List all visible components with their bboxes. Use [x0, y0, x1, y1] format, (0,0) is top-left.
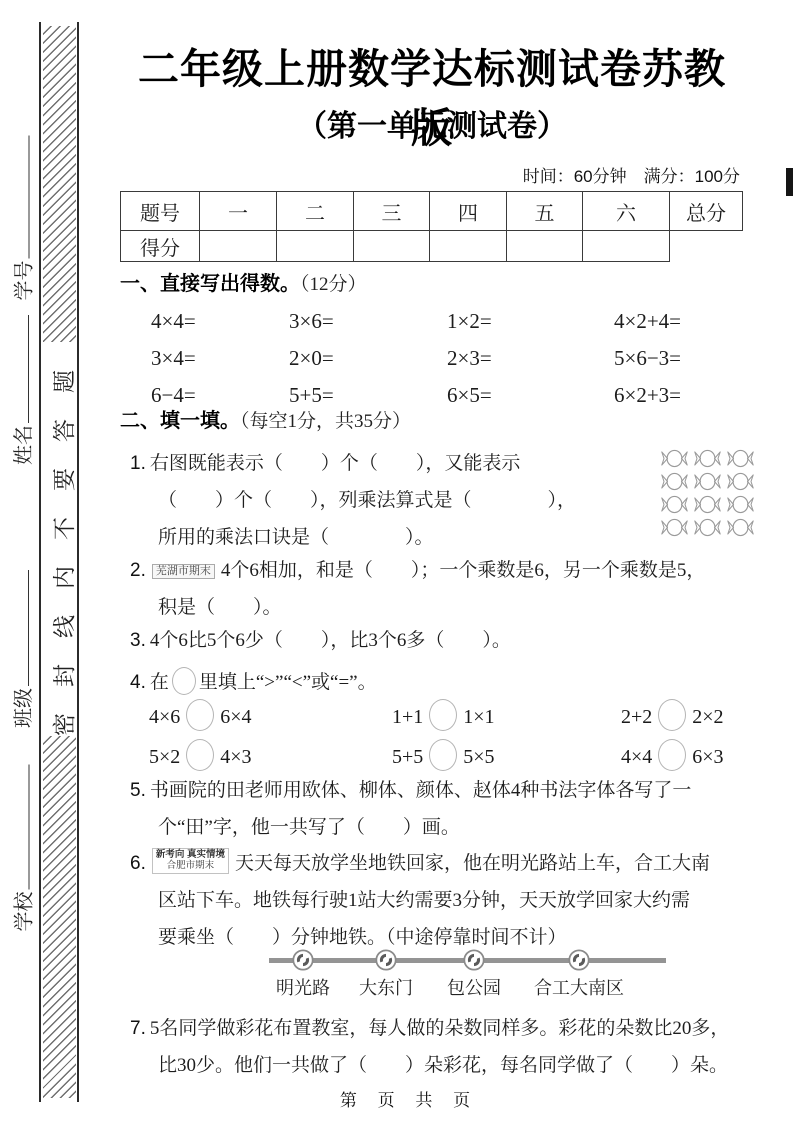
question-text: 里填上“>”“<”或“=”。 [199, 672, 377, 693]
question-6-line-1: 6.新考向 真实情境合肥市期末天天每天放学坐地铁回家，他在明光路站上车，合工大南 [130, 845, 780, 882]
math-problem: 3×6= [289, 303, 447, 340]
school-blank-line [14, 765, 29, 890]
class-blank-line [14, 570, 29, 686]
new-exam-trend-badge: 新考向 真实情境合肥市期末 [152, 848, 229, 874]
section-2-heading: 二、填一填。（每空1分，共35分） [120, 404, 411, 433]
score-table-col: 一 [200, 192, 277, 231]
question-2-line-2: 积是（ ）。 [130, 589, 780, 626]
print-registration-mark [786, 168, 793, 196]
math-problem: 2×3= [447, 340, 614, 377]
comparison-grid: 4×66×4 1+11×1 2+22×2 5×24×3 5+55×5 4×46×… [118, 697, 793, 777]
left-expression: 5+5 [392, 746, 423, 768]
compare-circle [172, 667, 196, 695]
question-4: 4.在里填上“>”“<”或“=”。 [130, 664, 780, 701]
section-1-heading: 一、直接写出得数。（12分） [120, 267, 367, 296]
question-1-number: 1. [130, 453, 146, 474]
question-text: 在 [150, 672, 169, 693]
question-6: 6.新考向 真实情境合肥市期末天天每天放学坐地铁回家，他在明光路站上车，合工大南… [130, 845, 780, 956]
candy-icon [659, 471, 690, 492]
candy-icon [692, 494, 723, 515]
hatch-pattern-top [43, 26, 76, 342]
score-table: 题号 一 二 三 四 五 六 总分 得分 [120, 191, 743, 262]
section-1-number: 一、 [120, 273, 160, 295]
exam-source-badge: 芜湖市期末 [152, 564, 215, 579]
question-2-number: 2. [130, 560, 146, 581]
question-5-line-2: 个“田”字，他一共写了（ ）画。 [130, 809, 780, 846]
section-1-points: （12分） [300, 274, 367, 295]
math-problem: 6×5= [447, 377, 614, 414]
score-table-col: 六 [583, 192, 670, 231]
candy-icon [659, 517, 690, 538]
student-name-field: 姓名 [8, 315, 34, 465]
question-text: 书画院的田老师用欧体、柳体、颜体、赵体4种书法字体各写了一 [150, 780, 692, 801]
metro-logo-icon [568, 949, 590, 971]
seal-line-left [39, 22, 41, 1102]
right-expression: 4×3 [220, 746, 251, 768]
seal-instruction-text: 密封线内不要答题 [46, 340, 72, 740]
question-text: 右图既能表示（ ）个（ ），又能表示 [150, 453, 521, 474]
school-field: 学校 [9, 765, 35, 932]
metro-logo-icon [463, 949, 485, 971]
candy-icon [725, 517, 756, 538]
left-expression: 1+1 [392, 706, 423, 728]
score-table-score-row: 得分 [121, 231, 743, 262]
subway-station-label: 包公园 [414, 974, 534, 1000]
test-paper-page: 密封线内不要答题 学号 姓名 班级 学校 二年级上册数学达标测试卷苏教版 （第一… [0, 0, 793, 1122]
comparison-pair: 5+55×5 [392, 737, 621, 777]
question-4-intro: 4.在里填上“>”“<”或“=”。 [130, 664, 780, 701]
question-6-number: 6. [130, 853, 146, 874]
question-3-number: 3. [130, 630, 146, 651]
student-name-label: 姓名 [7, 425, 36, 465]
question-2: 2.芜湖市期末4个6相加，和是（ ）；一个乘数是6，另一个乘数是5， 积是（ ）… [130, 552, 780, 626]
score-table-header-row: 题号 一 二 三 四 五 六 总分 [121, 192, 743, 231]
compare-circle [186, 739, 214, 771]
math-problem: 3×4= [151, 340, 289, 377]
question-2-line-1: 2.芜湖市期末4个6相加，和是（ ）；一个乘数是6，另一个乘数是5， [130, 552, 780, 589]
score-table-col: 四 [430, 192, 507, 231]
comparison-pair: 4×46×3 [621, 737, 793, 777]
left-expression: 4×6 [149, 706, 180, 728]
section-2-number: 二、 [120, 410, 160, 432]
section-1-title: 直接写出得数。 [160, 273, 300, 295]
candy-icon [692, 517, 723, 538]
class-field: 班级 [8, 570, 34, 728]
exam-time-score-info: 时间：60分钟 满分：100分 [118, 162, 740, 187]
question-text: 5名同学做彩花布置教室，每人做的朵数同样多。彩花的朵数比20多， [150, 1018, 730, 1039]
comparison-pair: 1+11×1 [392, 697, 621, 737]
score-table-corner: 题号 [121, 192, 200, 231]
question-6-line-2: 区站下车。地铁每行驶1站大约需要3分钟，天天放学回家大约需 [130, 882, 780, 919]
question-4-number: 4. [130, 672, 146, 693]
math-problem: 4×2+4= [614, 303, 793, 340]
right-expression: 5×5 [463, 746, 494, 768]
score-row-label: 得分 [121, 231, 200, 262]
score-cell [277, 231, 354, 262]
score-cell [583, 231, 670, 262]
comparison-pair: 2+22×2 [621, 697, 793, 737]
badge-line-2: 合肥市期末 [156, 861, 225, 872]
question-text: 4个6相加，和是（ ）；一个乘数是6，另一个乘数是5， [221, 560, 706, 581]
candy-icon [725, 494, 756, 515]
section-2-points: （每空1分，共35分） [240, 411, 411, 432]
hatch-pattern-bottom [43, 736, 76, 1098]
right-expression: 6×4 [220, 706, 251, 728]
question-7-number: 7. [130, 1018, 146, 1039]
question-7-line-1: 7.5名同学做彩花布置教室，每人做的朵数同样多。彩花的朵数比20多， [130, 1010, 780, 1047]
right-expression: 1×1 [463, 706, 494, 728]
question-5-number: 5. [130, 780, 146, 801]
score-cell [200, 231, 277, 262]
compare-circle [429, 739, 457, 771]
student-number-field: 学号 [9, 136, 35, 301]
candy-icon [659, 448, 690, 469]
candy-icon [725, 448, 756, 469]
question-text: 4个6比5个6少（ ），比3个6多（ ）。 [150, 630, 511, 651]
compare-circle [429, 699, 457, 731]
subway-line-diagram: 明光路 大东门 包公园 合工大南区 [118, 948, 778, 998]
left-expression: 5×2 [149, 746, 180, 768]
paper-body: 二年级上册数学达标测试卷苏教版 （第一单元测试卷） 时间：60分钟 满分：100… [118, 0, 783, 1122]
math-problem: 6×2+3= [614, 377, 793, 414]
seal-line-right [77, 22, 79, 1102]
compare-circle [658, 699, 686, 731]
candy-icon [725, 471, 756, 492]
right-expression: 2×2 [692, 706, 723, 728]
question-5: 5.书画院的田老师用欧体、柳体、颜体、赵体4种书法字体各写了一 个“田”字，他一… [130, 772, 780, 846]
candy-grid [659, 448, 758, 538]
score-cell [507, 231, 583, 262]
class-label: 班级 [7, 688, 36, 728]
question-text: 天天每天放学坐地铁回家，他在明光路站上车，合工大南 [235, 853, 710, 874]
question-7-line-2: 比30少。他们一共做了（ ）朵彩花，每名同学做了（ ）朵。 [130, 1047, 780, 1084]
comparison-pair: 4×66×4 [149, 697, 392, 737]
page-footer: 第 页 共 页 [318, 1086, 498, 1111]
question-7: 7.5名同学做彩花布置教室，每人做的朵数同样多。彩花的朵数比20多， 比30少。… [130, 1010, 780, 1084]
question-5-line-1: 5.书画院的田老师用欧体、柳体、颜体、赵体4种书法字体各写了一 [130, 772, 780, 809]
student-number-blank-line [14, 136, 29, 259]
question-3: 3.4个6比5个6少（ ），比3个6多（ ）。 [130, 622, 780, 659]
compare-circle [186, 699, 214, 731]
oral-calculation-grid: 4×4= 3×6= 1×2= 4×2+4= 3×4= 2×0= 2×3= 5×6… [118, 303, 793, 414]
score-table-col: 二 [277, 192, 354, 231]
school-label: 学校 [7, 892, 36, 932]
math-problem: 4×4= [151, 303, 289, 340]
section-2-title: 填一填。 [160, 410, 240, 432]
metro-logo-icon [375, 949, 397, 971]
student-name-blank-line [14, 315, 29, 423]
candy-icon [692, 448, 723, 469]
candy-icon [692, 471, 723, 492]
math-problem: 1×2= [447, 303, 614, 340]
math-problem: 5×6−3= [614, 340, 793, 377]
score-table-col: 总分 [670, 192, 743, 231]
comparison-pair: 5×24×3 [149, 737, 392, 777]
student-number-label: 学号 [7, 261, 36, 301]
compare-circle [658, 739, 686, 771]
page-subtitle: （第一单元测试卷） [118, 101, 746, 145]
left-expression: 2+2 [621, 706, 652, 728]
question-3-line-1: 3.4个6比5个6少（ ），比3个6多（ ）。 [130, 622, 780, 659]
left-expression: 4×4 [621, 746, 652, 768]
score-table-col: 三 [354, 192, 430, 231]
score-cell [354, 231, 430, 262]
score-cell [430, 231, 507, 262]
math-problem: 2×0= [289, 340, 447, 377]
right-expression: 6×3 [692, 746, 723, 768]
subway-station-label: 合工大南区 [519, 974, 639, 1000]
metro-logo-icon [292, 949, 314, 971]
candy-icon [659, 494, 690, 515]
score-table-col: 五 [507, 192, 583, 231]
